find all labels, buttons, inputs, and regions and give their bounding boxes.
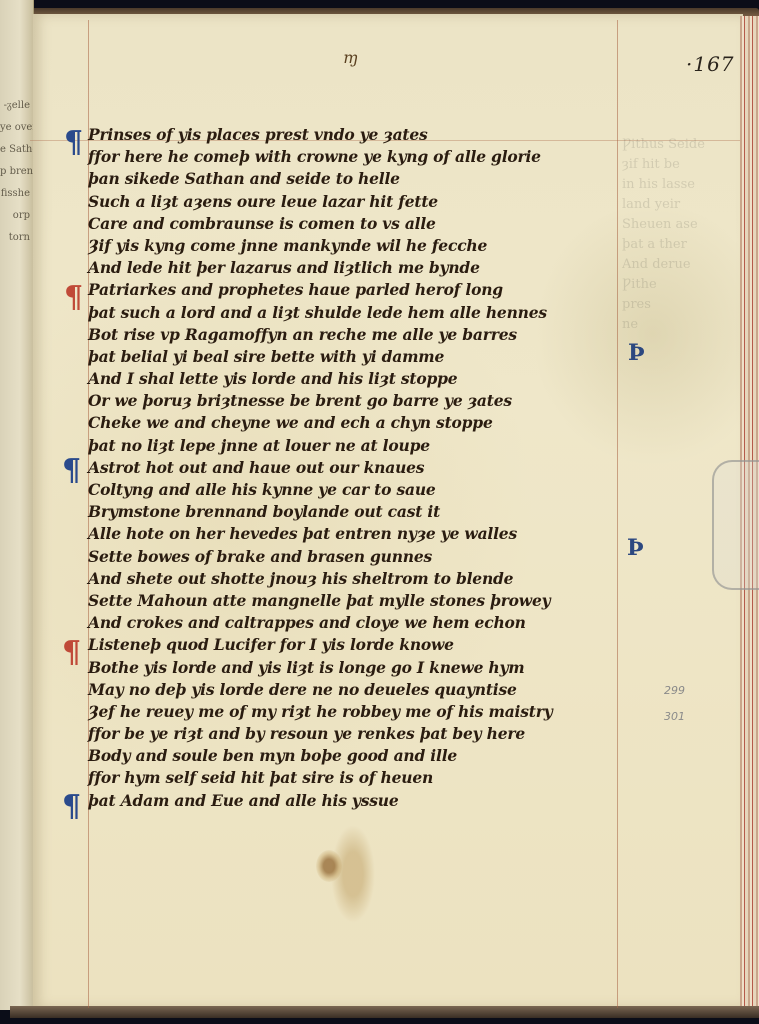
facing-page-text: -ᵹelle ye over e Sathon p brent fisshe o…	[0, 95, 30, 249]
verse-line: Sette bowes of brake and brasen gunnes	[88, 546, 648, 568]
page-clip	[712, 460, 759, 590]
verse-line: Brymstone brennand boylande out cast it	[88, 501, 648, 523]
verse-line: May no deþ yis lorde dere ne no deueles …	[88, 679, 648, 701]
paraph-mark-blue: ¶	[62, 792, 80, 822]
verse-line: Astrot hot out and haue out our knaues	[88, 457, 648, 479]
verse-line: ffor here he comeþ with crowne ye kyng o…	[88, 146, 648, 168]
verse-line: Patriarkes and prophetes haue parled her…	[88, 279, 648, 301]
verse-line: þat Adam and Eue and alle his yssue	[88, 790, 648, 812]
verse-line: Body and soule ben myn boþe good and ill…	[88, 745, 648, 767]
verse-line: Sette Mahoun atte mangnelle þat mylle st…	[88, 590, 648, 612]
paraph-mark-red: ¶	[62, 638, 80, 668]
quire-signature-mark: ɱ	[343, 48, 358, 67]
verse-line: Ȝif yis kyng come jnne mankynde wil he f…	[88, 235, 648, 257]
verse-line: þat belial yi beal sire bette with yi da…	[88, 346, 648, 368]
marginal-correction-mark: Þ	[627, 535, 644, 561]
verse-line: Listeneþ quod Lucifer for I yis lorde kn…	[88, 634, 648, 656]
marginal-correction-mark: Þ	[628, 340, 645, 366]
paraph-mark-blue: ¶	[64, 128, 82, 158]
verse-line: ffor be ye riȝt and by resoun ye renkes …	[88, 723, 648, 745]
verse-line: And lede hit þer lazarus and liȝtlich me…	[88, 257, 648, 279]
paraph-mark-blue: ¶	[62, 456, 80, 486]
verse-line: Cheke we and cheyne we and ech a chyn st…	[88, 412, 648, 434]
binding-bottom-edge	[10, 1006, 759, 1018]
verse-line: Or we þoruȝ briȝtnesse be brent go barre…	[88, 390, 648, 412]
verse-line: Bothe yis lorde and yis liȝt is longe go…	[88, 657, 648, 679]
verse-line: þan sikede Sathan and seide to helle	[88, 168, 648, 190]
verse-line: Bot rise vp Ragamoffyn an reche me alle …	[88, 324, 648, 346]
verse-line: And crokes and caltrappes and cloye we h…	[88, 612, 648, 634]
verse-line: Prinses of yis places prest vndo ye ȝate…	[88, 124, 648, 146]
pencil-line-number: 299	[664, 684, 685, 697]
pencil-line-number: 301	[664, 710, 685, 723]
verse-line: Care and combraunse is comen to vs alle	[88, 213, 648, 235]
verse-line: Ȝef he reuey me of my riȝt he robbey me …	[88, 701, 648, 723]
paraph-mark-red: ¶	[64, 283, 82, 313]
verse-line: Coltyng and alle his kynne ye car to sau…	[88, 479, 648, 501]
verse-line: þat such a lord and a liȝt shulde lede h…	[88, 302, 648, 324]
verse-line: And I shal lette yis lorde and his liȝt …	[88, 368, 648, 390]
verse-line: þat no liȝt lepe jnne at louer ne at lou…	[88, 435, 648, 457]
facing-page-edge: -ᵹelle ye over e Sathon p brent fisshe o…	[0, 0, 34, 1010]
verse-line: Such a liȝt aȝens oure leue lazar hit fe…	[88, 191, 648, 213]
folio-number: ·167	[686, 52, 735, 76]
verse-line: Alle hote on her hevedes þat entren nyȝe…	[88, 523, 648, 545]
parchment-stain	[316, 850, 342, 882]
verse-text-block: Prinses of yis places prest vndo ye ȝate…	[88, 124, 648, 812]
verse-line: ffor hym self seid hit þat sire is of he…	[88, 767, 648, 789]
verse-line: And shete out shotte jnouȝ his sheltrom …	[88, 568, 648, 590]
